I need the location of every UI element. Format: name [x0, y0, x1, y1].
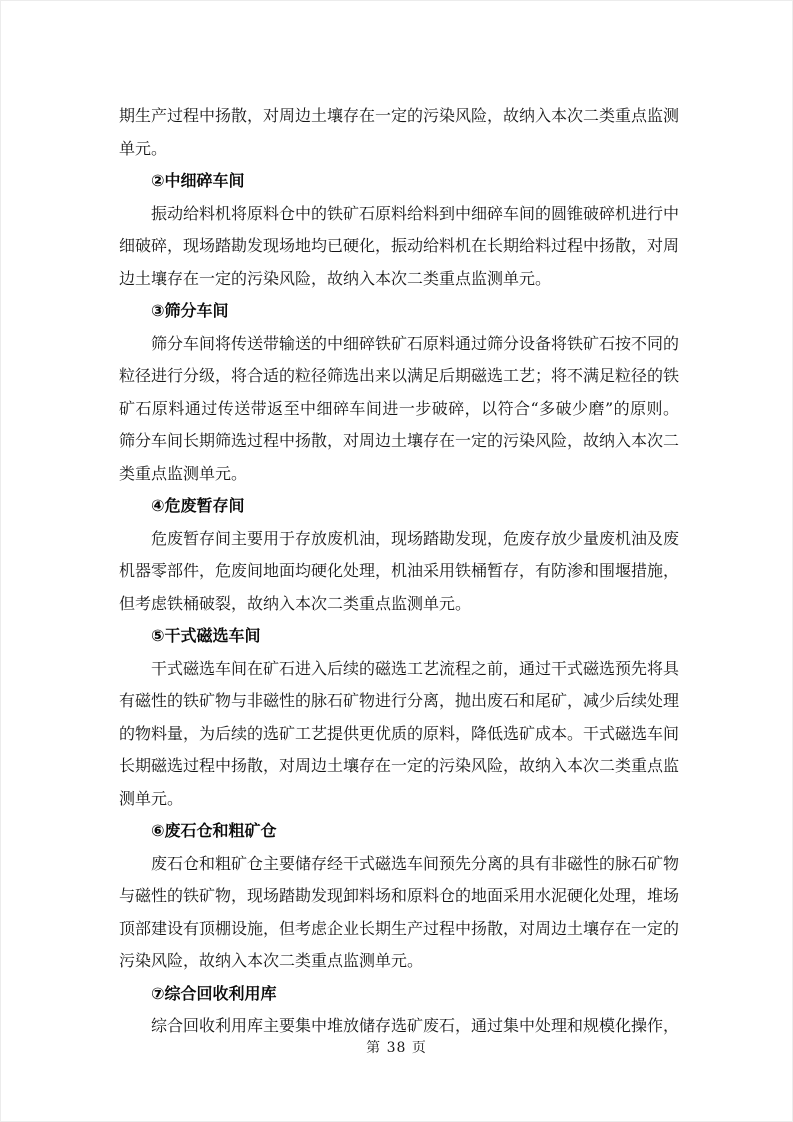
page-footer: 第 38 页 [1, 1037, 792, 1057]
section-heading-waste-rock-coarse-ore-bins: ⑥废石仓和粗矿仓 [119, 815, 679, 848]
page-number: 第 38 页 [366, 1040, 427, 1056]
section-heading-comprehensive-recycling-depot: ⑦综合回收利用库 [119, 978, 679, 1011]
document-content: 期生产过程中扬散，对周边土壤存在一定的污染风险，故纳入本次二类重点监测单元。 ②… [119, 100, 679, 1043]
document-page: 期生产过程中扬散，对周边土壤存在一定的污染风险，故纳入本次二类重点监测单元。 ②… [0, 0, 793, 1122]
section-heading-hazardous-waste-storage: ④危废暂存间 [119, 490, 679, 523]
section-heading-medium-fine-crushing: ②中细碎车间 [119, 165, 679, 198]
section-heading-screening: ③筛分车间 [119, 295, 679, 328]
section-paragraph-medium-fine-crushing: 振动给料机将原料仓中的铁矿石原料给料到中细碎车间的圆锥破碎机进行中细破碎，现场踏… [119, 198, 679, 296]
section-paragraph-waste-rock-coarse-ore-bins: 废石仓和粗矿仓主要储存经干式磁选车间预先分离的具有非磁性的脉石矿物与磁性的铁矿物… [119, 848, 679, 978]
continuation-paragraph: 期生产过程中扬散，对周边土壤存在一定的污染风险，故纳入本次二类重点监测单元。 [119, 100, 679, 165]
section-paragraph-dry-magnetic-separation: 干式磁选车间在矿石进入后续的磁选工艺流程之前，通过干式磁选预先将具有磁性的铁矿物… [119, 653, 679, 816]
section-paragraph-screening: 筛分车间将传送带输送的中细碎铁矿石原料通过筛分设备将铁矿石按不同的粒径进行分级，… [119, 328, 679, 491]
section-heading-dry-magnetic-separation: ⑤干式磁选车间 [119, 620, 679, 653]
section-paragraph-hazardous-waste-storage: 危废暂存间主要用于存放废机油，现场踏勘发现，危废存放少量废机油及废机器零部件，危… [119, 523, 679, 621]
